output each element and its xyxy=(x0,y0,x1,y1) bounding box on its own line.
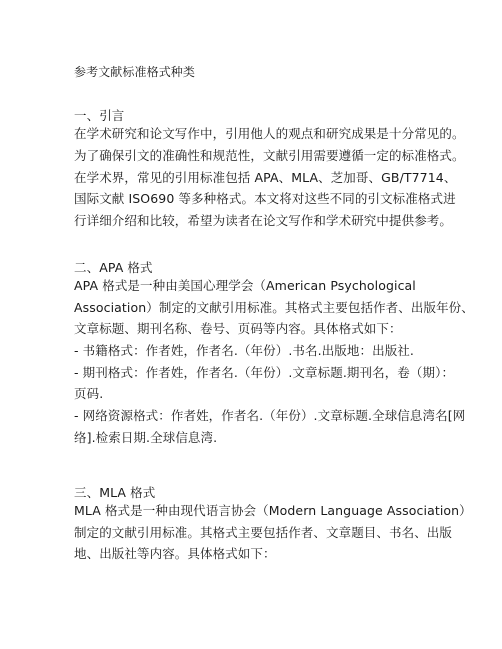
paragraph-line: 在学术界，常见的引用标准包括 APA、MLA、芝加哥、GB/T7714、 xyxy=(74,170,456,186)
paragraph-line: MLA 格式是一种由现代语言协会（Modern Language Associa… xyxy=(74,503,472,519)
document-page: 参考文献标准格式种类 一、引言 在学术研究和论文写作中，引用他人的观点和研究成果… xyxy=(0,0,502,649)
paragraph-line: 国际文献 ISO690 等多种格式。本文将对这些不同的引文标准格式进 xyxy=(74,191,456,207)
list-item-web-format: - 网络资源格式：作者姓，作者名.（年份）.文章标题.全球信息湾名[网 xyxy=(74,408,465,424)
paragraph-line: 地、出版社等内容。具体格式如下： xyxy=(74,546,276,562)
paragraph-line: 文章标题、期刊名称、卷号、页码等内容。具体格式如下： xyxy=(74,321,402,337)
document-title: 参考文献标准格式种类 xyxy=(74,64,195,80)
paragraph-line: Association）制定的文献引用标准。其格式主要包括作者、出版年份、 xyxy=(74,300,474,316)
list-item-web-format-cont: 络].检索日期.全球信息湾. xyxy=(74,430,217,446)
paragraph-line: 制定的文献引用标准。其格式主要包括作者、文章题目、书名、出版 xyxy=(74,525,452,541)
paragraph-line: APA 格式是一种由美国心理学会（American Psychological xyxy=(74,278,416,294)
section-heading-mla: 三、MLA 格式 xyxy=(74,485,155,501)
paragraph-line: 在学术研究和论文写作中，引用他人的观点和研究成果是十分常见的。 xyxy=(74,126,465,142)
paragraph-line: 为了确保引文的准确性和规范性，文献引用需要遵循一定的标准格式。 xyxy=(74,148,465,164)
list-item-book-format: - 书籍格式：作者姓，作者名.（年份）.书名.出版地：出版社. xyxy=(74,343,414,359)
section-heading-introduction: 一、引言 xyxy=(74,108,124,124)
section-heading-apa: 二、APA 格式 xyxy=(74,260,153,276)
list-item-journal-format: - 期刊格式：作者姓，作者名.（年份）.文章标题.期刊名，卷（期）： xyxy=(74,365,454,381)
list-item-journal-format-cont: 页码. xyxy=(74,386,103,402)
paragraph-line: 行详细介绍和比较，希望为读者在论文写作和学术研究中提供参考。 xyxy=(74,213,452,229)
